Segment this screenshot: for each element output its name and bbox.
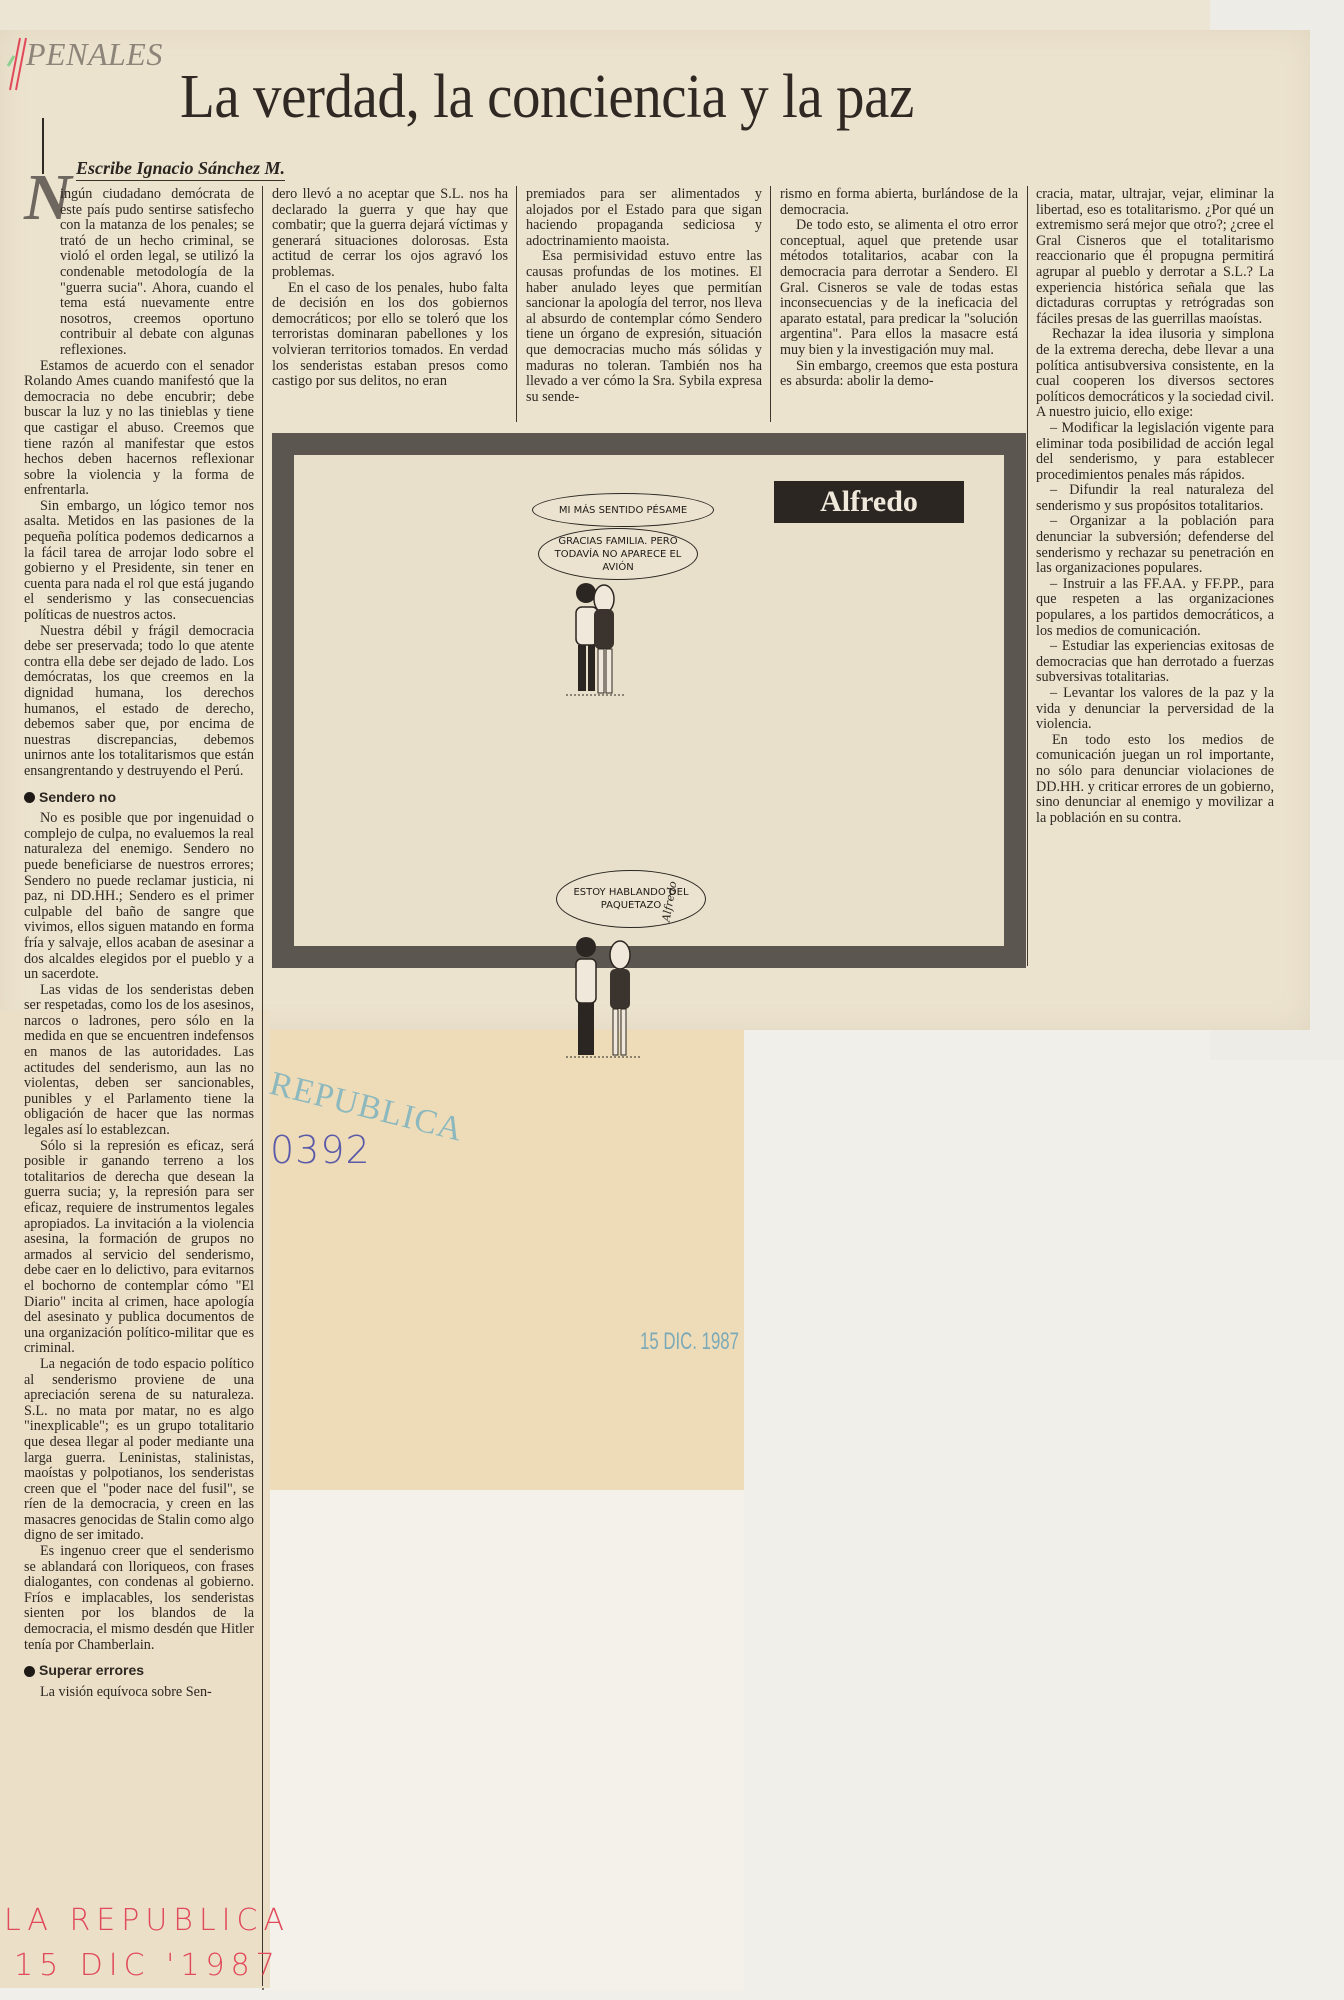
- article-paragraph: Rechazar la idea ilusoria y simplona de …: [1036, 327, 1274, 421]
- article-paragraph: De todo esto, se alimenta el otro error …: [780, 218, 1018, 358]
- column-rule: [1027, 186, 1028, 966]
- column-rule: [770, 186, 771, 422]
- article-paragraph: Las vidas de los senderistas deben ser r…: [24, 983, 254, 1139]
- article-paragraph: – Modificar la legislación vigente para …: [1036, 421, 1274, 483]
- article-paragraph: Sin embargo, creemos que esta postura es…: [780, 359, 1018, 390]
- bullet-icon: [24, 1666, 35, 1677]
- article-paragraph: – Estudiar las experiencias exitosas de …: [1036, 639, 1274, 686]
- speech-bubble: Gracias familia. Pero todavía no aparece…: [538, 528, 698, 580]
- column-rule: [516, 186, 517, 422]
- handwritten-source: LA REPUBLICA: [4, 1903, 290, 1938]
- archive-stamp-date: 15 DIC. 1987: [640, 1328, 739, 1356]
- section-subhead: Sendero no: [24, 790, 254, 806]
- cartoon-frame: Alfredo Mi más sentido pésame Gracias fa…: [272, 433, 1026, 968]
- article-paragraph: rismo en forma abierta, burlándose de la…: [780, 187, 1018, 218]
- cartoon-figures-embrace-icon: [556, 579, 636, 699]
- article-paragraph: No es posible que por ingenuidad o compl…: [24, 811, 254, 983]
- article-paragraph: En el caso de los penales, hubo falta de…: [272, 281, 508, 390]
- article-column-4: rismo en forma abierta, burlándose de la…: [780, 187, 1018, 390]
- archive-sheet-blank: [262, 1490, 744, 1990]
- article-paragraph: Sólo si la represión es eficaz, será pos…: [24, 1139, 254, 1357]
- article-column-3: premiados para ser alimentados y alojado…: [526, 187, 762, 405]
- article-paragraph: Nuestra débil y frágil democracia debe s…: [24, 624, 254, 780]
- cartoonist-title: Alfredo: [774, 481, 964, 523]
- byline: Escribe Ignacio Sánchez M.: [76, 158, 285, 181]
- bullet-icon: [24, 792, 35, 803]
- article-paragraph: – Organizar a la población para denuncia…: [1036, 514, 1274, 576]
- section-subhead: Superar errores: [24, 1663, 254, 1679]
- speech-bubble: Mi más sentido pésame: [532, 493, 714, 527]
- article-paragraph: premiados para ser alimentados y alojado…: [526, 187, 762, 249]
- article-paragraph: Estamos de acuerdo con el senador Roland…: [24, 359, 254, 499]
- headline: La verdad, la conciencia y la paz: [180, 62, 1008, 133]
- handwritten-archive-number: 0392: [270, 1128, 371, 1172]
- article-column-5: cracia, matar, ultrajar, vejar, eliminar…: [1036, 187, 1274, 826]
- article-paragraph: – Difundir la real naturaleza del sender…: [1036, 483, 1274, 514]
- article-column-2: dero llevó a no aceptar que S.L. nos ha …: [272, 187, 508, 390]
- article-paragraph: ingún ciudadano demócrata de este país p…: [24, 187, 254, 359]
- article-paragraph: Sin embargo, un lógico temor nos asalta.…: [24, 499, 254, 624]
- cartoon-figures-talking-icon: [562, 933, 652, 1063]
- article-paragraph: En todo esto los medios de comunicación …: [1036, 733, 1274, 827]
- handwritten-date: 15 DIC '1987: [14, 1948, 281, 1983]
- speech-bubble: Estoy hablando del paquetazo: [556, 870, 706, 928]
- article-paragraph: La negación de todo espacio político al …: [24, 1357, 254, 1544]
- article-paragraph: dero llevó a no aceptar que S.L. nos ha …: [272, 187, 508, 281]
- section-kicker: PENALES: [26, 36, 163, 73]
- article-paragraph: – Levantar los valores de la paz y la vi…: [1036, 686, 1274, 733]
- article-paragraph: Esa permisividad estuvo entre las causas…: [526, 249, 762, 405]
- article-paragraph: – Instruir a las FF.AA. y FF.PP., para q…: [1036, 577, 1274, 639]
- column-rule: [262, 186, 263, 1986]
- subhead-text: Sendero no: [39, 790, 116, 806]
- article-column-1: ingún ciudadano demócrata de este país p…: [24, 187, 254, 1700]
- article-paragraph: Es ingenuo creer que el senderismo se ab…: [24, 1544, 254, 1653]
- article-paragraph: La visión equívoca sobre Sen-: [24, 1685, 254, 1701]
- article-paragraph: cracia, matar, ultrajar, vejar, eliminar…: [1036, 187, 1274, 327]
- subhead-text: Superar errores: [39, 1663, 144, 1679]
